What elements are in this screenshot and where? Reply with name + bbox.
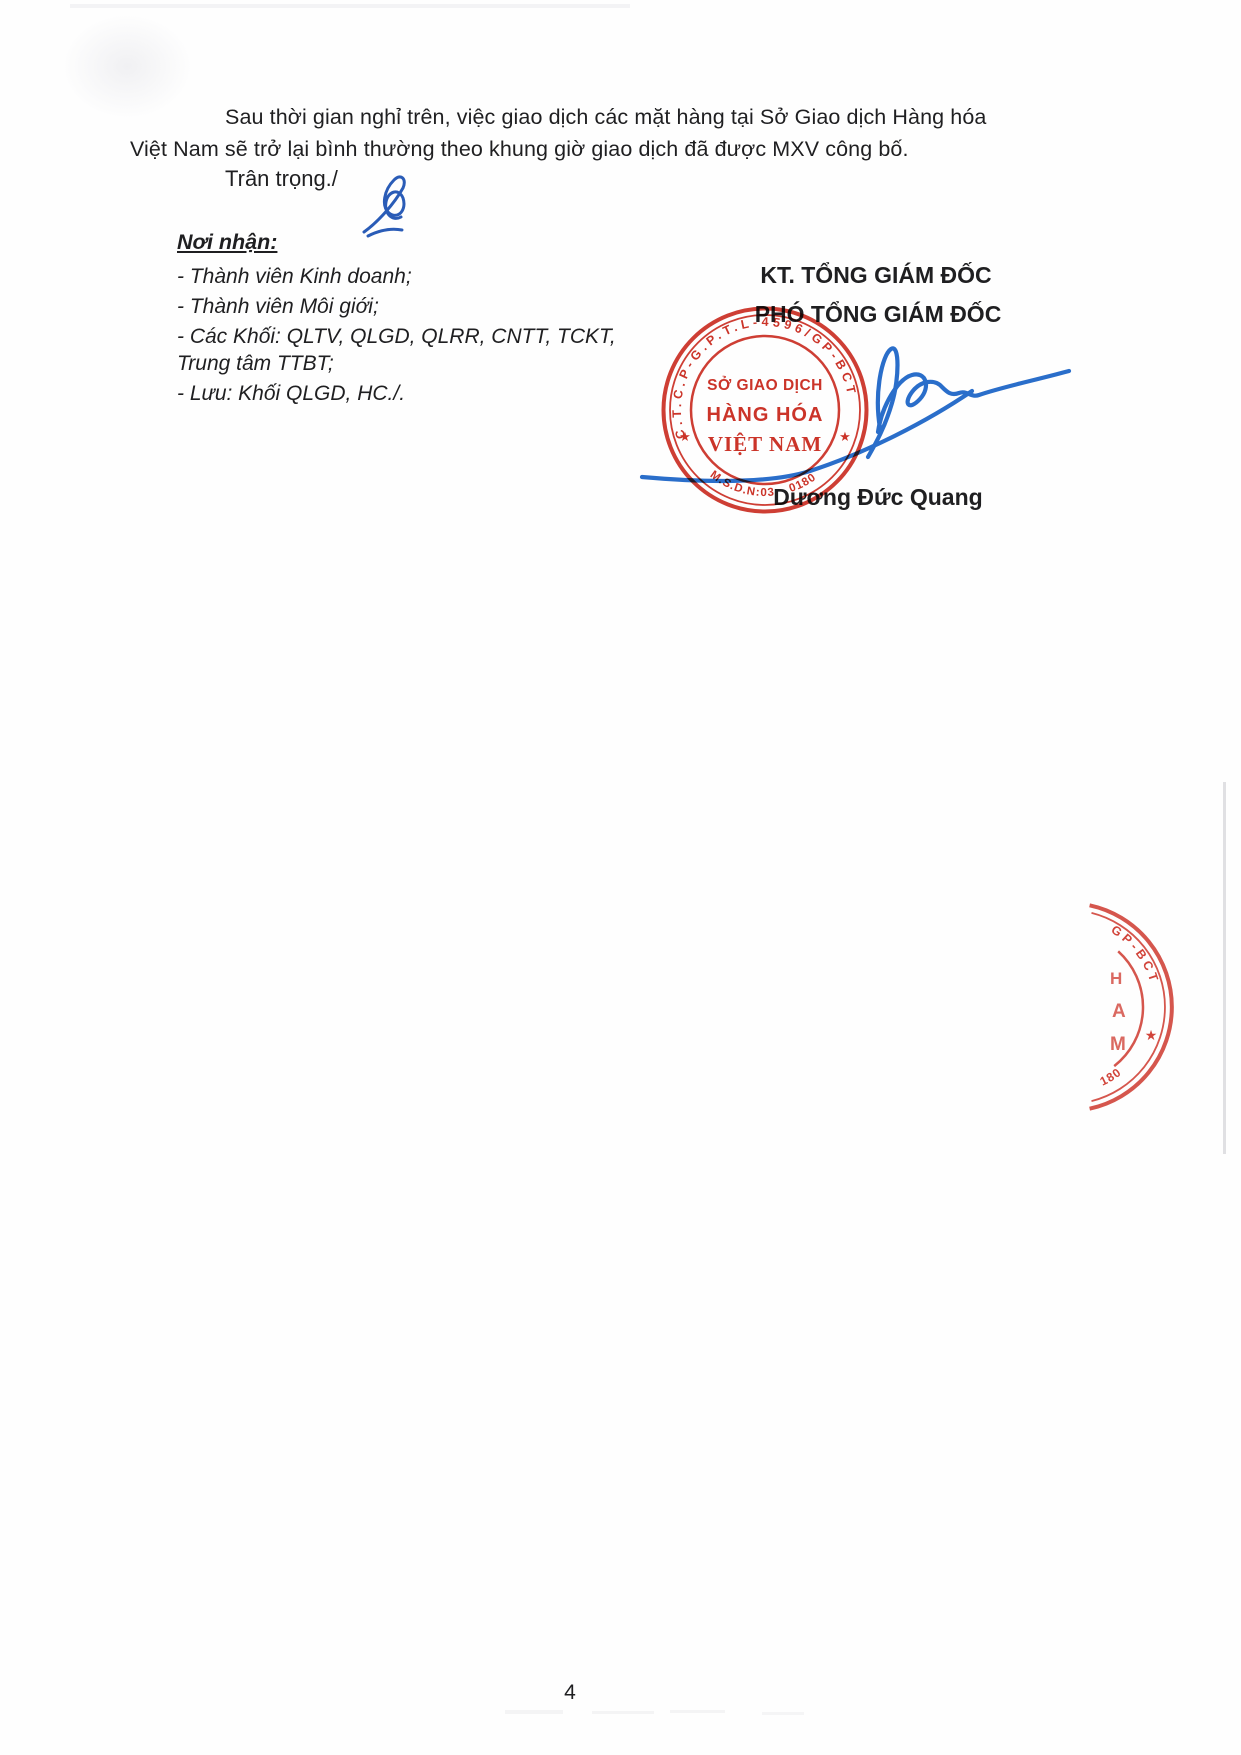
document-page: Sau thời gian nghỉ trên, việc giao dịch … [0, 0, 1241, 1755]
page-number: 4 [500, 1681, 640, 1705]
recipient-item: - Các Khối: QLTV, QLGD, QLRR, CNTT, TCKT… [177, 323, 621, 377]
partial-seal-stamp: GP-BCT 180 ★ H A M [950, 890, 1190, 1125]
recipient-item: - Lưu: Khối QLGD, HC./. [177, 380, 621, 407]
partial-stamp-letter-fragment: H [1110, 969, 1122, 988]
director-signature [620, 335, 1090, 500]
scan-artifact-bottom-smudge [762, 1712, 804, 1715]
scan-artifact-right-edge-line [1223, 782, 1226, 1154]
partial-stamp-star-icon: ★ [1145, 1027, 1158, 1043]
partial-stamp-letter-fragment: M [1110, 1034, 1126, 1055]
svg-text:180: 180 [1098, 1065, 1124, 1089]
partial-stamp-number-fragment: 180 [1098, 1065, 1124, 1089]
recipients-heading: Nơi nhận: [177, 230, 621, 255]
recipient-item: - Thành viên Môi giới; [177, 293, 621, 320]
closing-line: Trân trọng./ [225, 166, 338, 192]
partial-stamp-letter-fragment: A [1112, 1001, 1126, 1022]
recipient-item: - Thành viên Kinh doanh; [177, 263, 621, 290]
scan-artifact-top-line [70, 4, 630, 8]
recipients-block: Nơi nhận: - Thành viên Kinh doanh; - Thà… [177, 230, 621, 410]
scan-artifact-bottom-smudge [592, 1711, 654, 1714]
scan-artifact-bottom-smudge [505, 1710, 563, 1714]
scan-artifact-bottom-smudge [670, 1710, 725, 1713]
body-paragraph: Sau thời gian nghỉ trên, việc giao dịch … [130, 101, 1014, 165]
signatory-title-line1: KT. TỔNG GIÁM ĐỐC [660, 262, 1092, 289]
